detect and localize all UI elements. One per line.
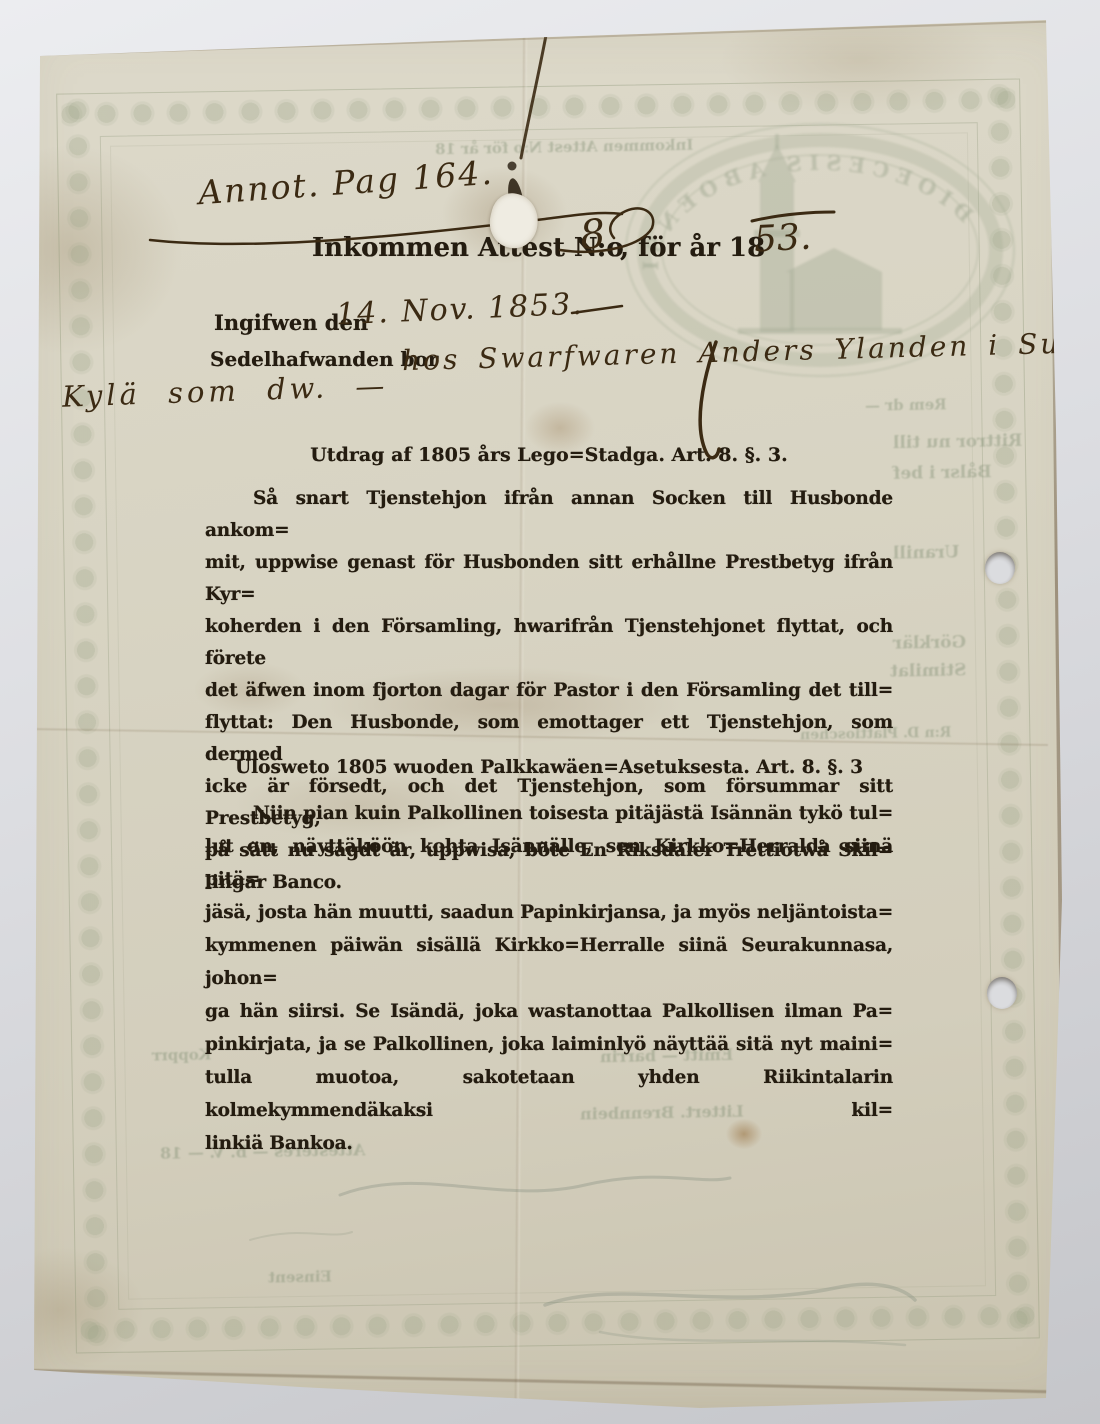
print-text-line: Så snart Tjenstehjon ifrån annan Socken … [205, 483, 893, 547]
print-text-line: linkiä Bankoa. [205, 1127, 893, 1160]
swedish-section-heading: Utdrag af 1805 års Lego=Stadga. Art. 8. … [205, 444, 893, 466]
punch-hole [985, 552, 1015, 584]
verso-showthrough-fragment: Rittror nu till [893, 431, 1023, 453]
print-text-line: mit, uppwise genast för Husbonden sitt e… [205, 547, 893, 611]
print-text-line: lut on, näyttäköön kohta Isännälle, sen … [205, 830, 893, 896]
verso-showthrough-fragment: Görklär [893, 632, 966, 653]
paper-bottom-edge [34, 1369, 1048, 1393]
handwritten-attest-number: 8 [578, 211, 608, 259]
form-title-left: Inkommen Attest N:o [312, 233, 624, 263]
print-text-line: pinkirjata, ja se Palkollinen, joka laim… [205, 1028, 893, 1061]
punch-hole [987, 977, 1017, 1009]
finnish-extract-paragraph: Niin pian kuin Palkollinen toisesta pitä… [205, 797, 893, 1160]
verso-showthrough-fragment: Uranill [893, 542, 960, 563]
print-text-line: ga hän siirsi. Se Isändä, joka wastanott… [205, 995, 893, 1028]
handwritten-year: 53. [753, 217, 812, 261]
paper-right-edge [1049, 18, 1067, 1402]
print-text-line: det äfwen inom fjorton dagar för Pastor … [205, 675, 893, 707]
paper-top-edge [40, 21, 1048, 56]
print-text-line: koherden i den Församling, hwarifrån Tje… [205, 611, 893, 675]
photo-of-document: DIOECESIS ABOENSIS Inkommen Attest N:o f… [0, 0, 1100, 1424]
form-title-right: , för år 18 [620, 233, 765, 263]
verso-showthrough-fragment: Kopprr [152, 1045, 212, 1064]
print-text-line: kymmenen päiwän sisällä Kirkko=Herralle … [205, 929, 893, 995]
document-paper: DIOECESIS ABOENSIS Inkommen Attest N:o f… [0, 0, 1100, 1424]
verso-showthrough-fragment: Bålsr i bef [893, 462, 992, 484]
print-text-line: tulla muotoa, sakotetaan yhden Riikintal… [205, 1061, 893, 1127]
verso-showthrough-fragment: Rem dr — [865, 395, 947, 414]
verso-showthrough-fragment: Einsent [268, 1267, 332, 1286]
finnish-section-heading: Ulosweto 1805 wuoden Palkkawäen=Asetukse… [205, 757, 893, 778]
verso-showthrough-fragment: Stimilat [890, 660, 967, 681]
print-text-line: Niin pian kuin Palkollinen toisesta pitä… [205, 797, 893, 830]
print-text-line: jäsä, josta hän muutti, saadun Papinkirj… [205, 896, 893, 929]
